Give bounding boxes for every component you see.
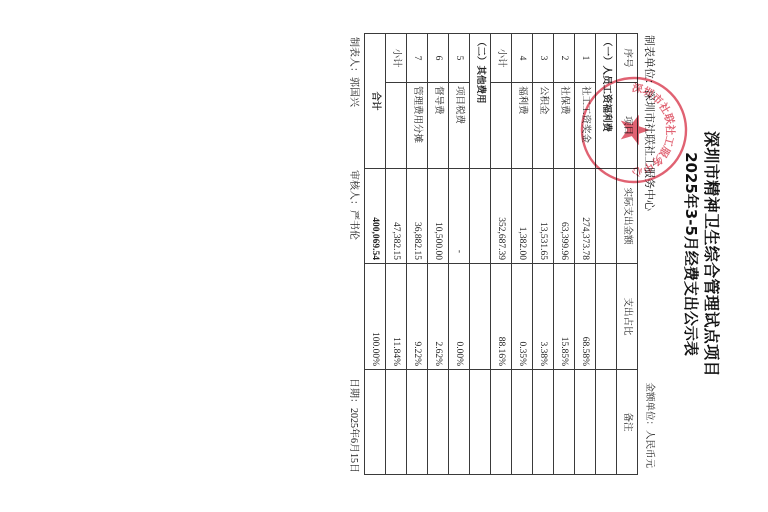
header-amount: 实际支出金额 xyxy=(617,169,638,264)
subtotal-label: 小计 xyxy=(491,34,512,83)
table-row: 2 社保费 63,399.96 15.85% xyxy=(554,34,575,475)
no-cell: 4 xyxy=(512,34,533,83)
subtotal-ratio: 11.84% xyxy=(386,264,407,370)
document-title: 深圳市精神卫生综合管理试点项目 xyxy=(702,0,720,508)
amount-cell xyxy=(470,169,491,264)
document-subtitle: 2025年3-5月经费支出公示表 xyxy=(682,0,700,508)
note-cell xyxy=(554,370,575,475)
table-header-row: 序号 项目 实际支出金额 支出占比 备注 xyxy=(617,34,638,475)
item-cell xyxy=(491,83,512,169)
section-row: （一）人员工资福利费 xyxy=(596,34,617,475)
header-item: 项目 xyxy=(617,83,638,169)
expense-table: 序号 项目 实际支出金额 支出占比 备注 （一）人员工资福利费 1 社工工资奖金… xyxy=(364,33,638,475)
total-ratio: 100.00% xyxy=(365,264,386,370)
total-amount: 400,069.54 xyxy=(365,169,386,264)
note-cell xyxy=(470,370,491,475)
subtotal-ratio: 88.16% xyxy=(491,264,512,370)
total-row: 合计 400,069.54 100.00% xyxy=(365,34,386,475)
currency-unit: 金额单位：人民币元 xyxy=(643,382,654,468)
subtotal-amount: 352,687.39 xyxy=(491,169,512,264)
no-cell: 2 xyxy=(554,34,575,83)
item-cell: 督导费 xyxy=(428,83,449,169)
note-cell xyxy=(596,370,617,475)
ratio-cell: 2.62% xyxy=(428,264,449,370)
ratio-cell: 9.22% xyxy=(407,264,428,370)
item-cell: 社工工资奖金 xyxy=(575,83,596,169)
section-title: （一）人员工资福利费 xyxy=(596,34,617,169)
note-cell xyxy=(386,370,407,475)
total-label: 合计 xyxy=(365,34,386,169)
amount-cell: 274,373.78 xyxy=(575,169,596,264)
note-cell xyxy=(491,370,512,475)
item-cell: 福利费 xyxy=(512,83,533,169)
no-cell: 1 xyxy=(575,34,596,83)
note-cell xyxy=(512,370,533,475)
ratio-cell: 0.35% xyxy=(512,264,533,370)
note-cell xyxy=(428,370,449,475)
table-row: 6 督导费 10,500.00 2.62% xyxy=(428,34,449,475)
subtotal-row: 小计 47,382.15 11.84% xyxy=(386,34,407,475)
preparer: 制表人：郭国兴 xyxy=(347,37,359,107)
section-row: （二）其他费用 xyxy=(470,34,491,475)
table-row: 5 项目税费 - 0.00% xyxy=(449,34,470,475)
expense-disclosure-sheet: 深圳市精神卫生综合管理试点项目 2025年3-5月经费支出公示表 制表单位：深圳… xyxy=(0,0,768,512)
table-row: 3 公积金 13,531.65 3.38% xyxy=(533,34,554,475)
subtotal-amount: 47,382.15 xyxy=(386,169,407,264)
header-note: 备注 xyxy=(617,370,638,475)
amount-cell: - xyxy=(449,169,470,264)
amount-cell xyxy=(596,169,617,264)
ratio-cell: 68.58% xyxy=(575,264,596,370)
prepared-unit: 制表单位：深圳市社联社工服务中心 xyxy=(643,35,655,211)
date: 日期：2025年6月15日 xyxy=(347,378,359,473)
no-cell: 3 xyxy=(533,34,554,83)
ratio-cell xyxy=(470,264,491,370)
header-no: 序号 xyxy=(617,34,638,83)
reviewer: 审核人：严书伦 xyxy=(347,170,359,240)
subtotal-row: 小计 352,687.39 88.16% xyxy=(491,34,512,475)
ratio-cell xyxy=(596,264,617,370)
ratio-cell: 0.00% xyxy=(449,264,470,370)
no-cell: 6 xyxy=(428,34,449,83)
ratio-cell: 15.85% xyxy=(554,264,575,370)
section-title: （二）其他费用 xyxy=(470,34,491,169)
header-ratio: 支出占比 xyxy=(617,264,638,370)
note-cell xyxy=(533,370,554,475)
ratio-cell: 3.38% xyxy=(533,264,554,370)
amount-cell: 1,382.00 xyxy=(512,169,533,264)
no-cell: 5 xyxy=(449,34,470,83)
item-cell: 公积金 xyxy=(533,83,554,169)
amount-cell: 13,531.65 xyxy=(533,169,554,264)
note-cell xyxy=(449,370,470,475)
no-cell: 7 xyxy=(407,34,428,83)
amount-cell: 63,399.96 xyxy=(554,169,575,264)
table-row: 1 社工工资奖金 274,373.78 68.58% xyxy=(575,34,596,475)
item-cell: 社保费 xyxy=(554,83,575,169)
item-cell xyxy=(386,83,407,169)
note-cell xyxy=(365,370,386,475)
item-cell: 管理费用分摊 xyxy=(407,83,428,169)
note-cell xyxy=(407,370,428,475)
note-cell xyxy=(575,370,596,475)
subtotal-label: 小计 xyxy=(386,34,407,83)
table-row: 4 福利费 1,382.00 0.35% xyxy=(512,34,533,475)
item-cell: 项目税费 xyxy=(449,83,470,169)
amount-cell: 36,882.15 xyxy=(407,169,428,264)
table-row: 7 管理费用分摊 36,882.15 9.22% xyxy=(407,34,428,475)
amount-cell: 10,500.00 xyxy=(428,169,449,264)
